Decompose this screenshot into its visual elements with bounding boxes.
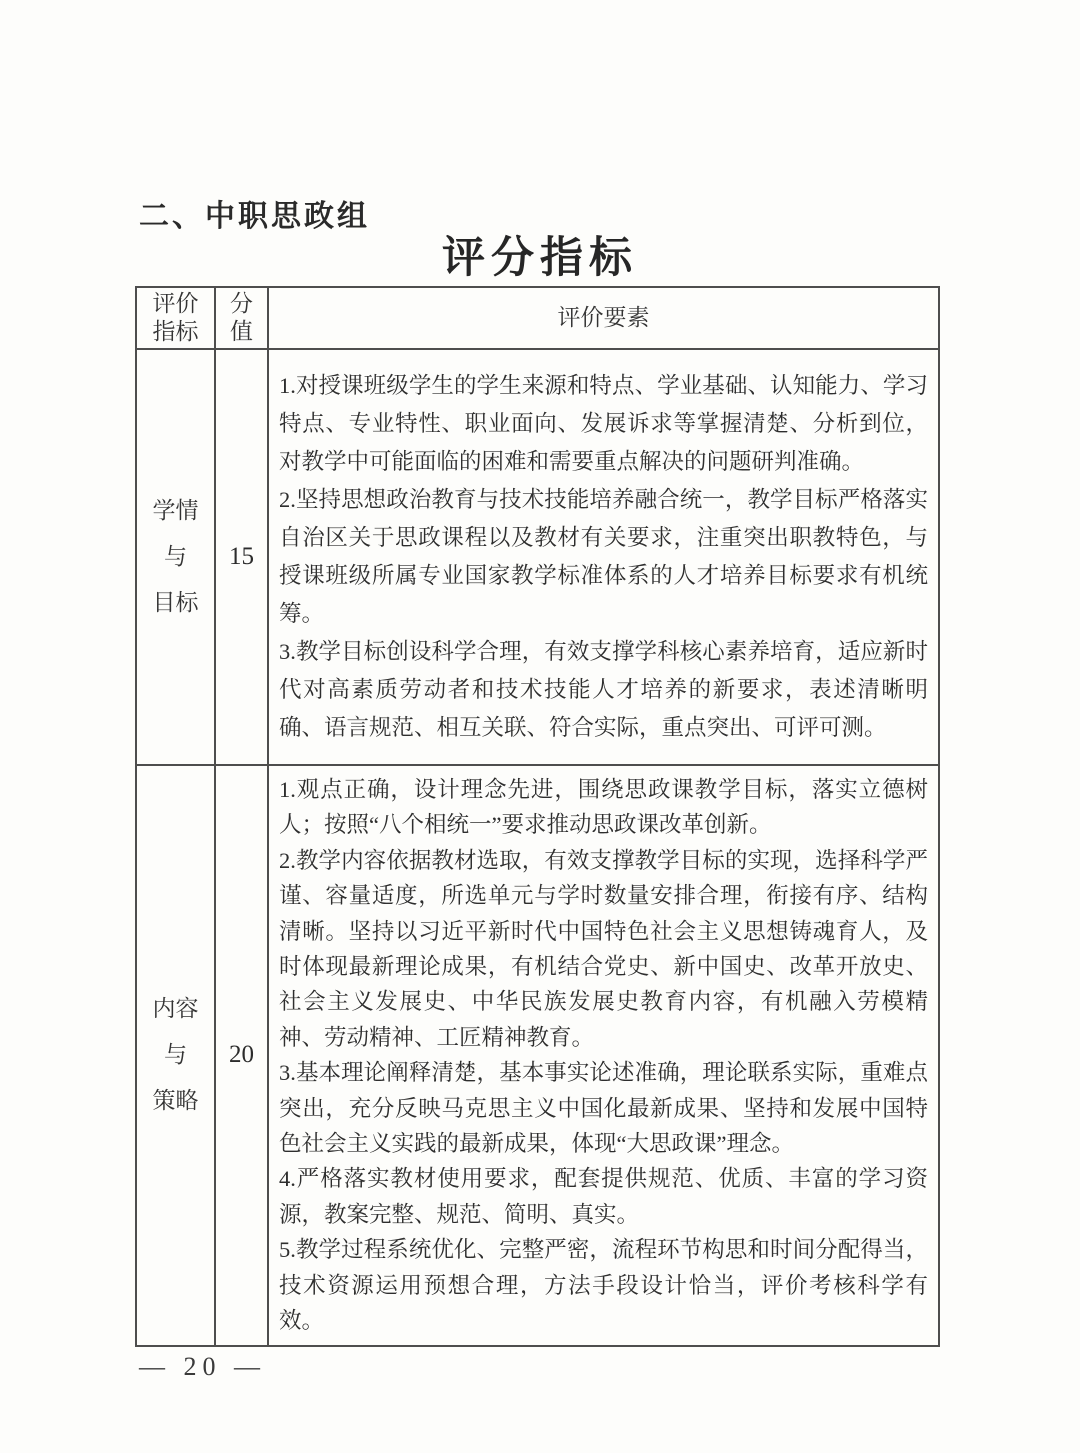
column-header-indicator: 评价 指标 bbox=[136, 287, 215, 349]
element-item: 2.教学内容依据教材选取，有效支撑教学目标的实现，选择科学严谨、容量适度，所选单… bbox=[279, 843, 928, 1055]
indicator-cell: 学情 与 目标 bbox=[136, 349, 215, 765]
page-title: 评分指标 bbox=[0, 224, 1080, 285]
elements-cell: 1.对授课班级学生的学生来源和特点、学业基础、认知能力、学习特点、专业特性、职业… bbox=[268, 349, 939, 765]
element-item: 3.基本理论阐释清楚，基本事实论述准确，理论联系实际，重难点突出，充分反映马克思… bbox=[279, 1055, 928, 1161]
element-item: 2.坚持思想政治教育与技术技能培养融合统一，教学目标严格落实自治区关于思政课程以… bbox=[279, 481, 928, 633]
column-header-score: 分 值 bbox=[215, 287, 268, 349]
page-number: — 20 — bbox=[139, 1352, 266, 1382]
table-row: 内容 与 策略 20 1.观点正确，设计理念先进，围绕思政课教学目标，落实立德树… bbox=[136, 765, 939, 1346]
elements-cell: 1.观点正确，设计理念先进，围绕思政课教学目标，落实立德树人；按照“八个相统一”… bbox=[268, 765, 939, 1346]
table-header-row: 评价 指标 分 值 评价要素 bbox=[136, 287, 939, 349]
scoring-table: 评价 指标 分 值 评价要素 学情 与 目标 15 1.对授课班级学生的学生来源… bbox=[135, 286, 940, 1347]
score-cell: 20 bbox=[215, 765, 268, 1346]
document-page: 二、中职思政组 评分指标 评价 指标 分 值 评价要素 学情 与 目标 15 1… bbox=[0, 0, 1080, 1453]
element-item: 1.对授课班级学生的学生来源和特点、学业基础、认知能力、学习特点、专业特性、职业… bbox=[279, 367, 928, 481]
score-cell: 15 bbox=[215, 349, 268, 765]
indicator-cell: 内容 与 策略 bbox=[136, 765, 215, 1346]
table-row: 学情 与 目标 15 1.对授课班级学生的学生来源和特点、学业基础、认知能力、学… bbox=[136, 349, 939, 765]
column-header-elements: 评价要素 bbox=[268, 287, 939, 349]
element-item: 4.严格落实教材使用要求，配套提供规范、优质、丰富的学习资源，教案完整、规范、简… bbox=[279, 1161, 928, 1232]
element-item: 5.教学过程系统优化、完整严密，流程环节构思和时间分配得当，技术资源运用预想合理… bbox=[279, 1232, 928, 1338]
element-item: 3.教学目标创设科学合理，有效支撑学科核心素养培育，适应新时代对高素质劳动者和技… bbox=[279, 633, 928, 747]
element-item: 1.观点正确，设计理念先进，围绕思政课教学目标，落实立德树人；按照“八个相统一”… bbox=[279, 772, 928, 843]
